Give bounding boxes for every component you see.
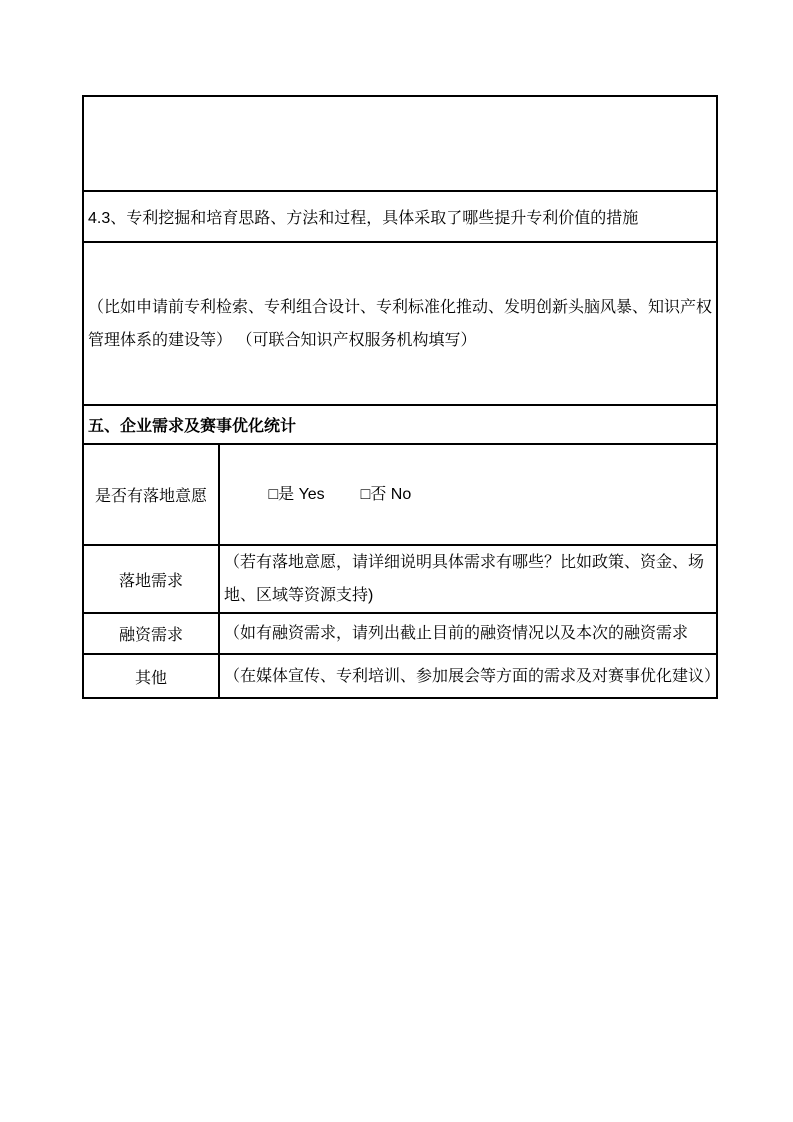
empty-answer-cell[interactable] xyxy=(83,96,717,191)
checkbox-option-yes[interactable]: □是 Yes xyxy=(268,478,324,511)
table-row-landing-needs: 落地需求 （若有落地意愿，请详细说明具体需求有哪些？比如政策、资金、场 地、区域… xyxy=(83,545,717,613)
table-row-other-needs: 其他 （在媒体宣传、专利培训、参加展会等方面的需求及对赛事优化建议） xyxy=(83,654,717,698)
row-label-other: 其他 xyxy=(83,654,219,698)
other-needs-answer-cell[interactable]: （在媒体宣传、专利培训、参加展会等方面的需求及对赛事优化建议） xyxy=(219,654,717,698)
question-4-3: 4.3、专利挖掘和培育思路、方法和过程，具体采取了哪些提升专利价值的措施 xyxy=(83,191,717,242)
table-row-financing-needs: 融资需求 （如有融资需求，请列出截止目前的融资情况以及本次的融资需求 xyxy=(83,613,717,654)
row-label-landing-intent: 是否有落地意愿 xyxy=(83,444,219,545)
landing-intent-options-cell: □是 Yes□否 No xyxy=(219,444,717,545)
document-page: 4.3、专利挖掘和培育思路、方法和过程，具体采取了哪些提升专利价值的措施 （比如… xyxy=(0,0,793,1122)
table-row-landing-intent: 是否有落地意愿 □是 Yes□否 No xyxy=(83,444,717,545)
table-row: 五、企业需求及赛事优化统计 xyxy=(83,405,717,444)
patent-form-table: 4.3、专利挖掘和培育思路、方法和过程，具体采取了哪些提升专利价值的措施 （比如… xyxy=(82,95,718,699)
row-label-financing-needs: 融资需求 xyxy=(83,613,219,654)
section-5-title: 五、企业需求及赛事优化统计 xyxy=(83,405,717,444)
table-row xyxy=(83,96,717,191)
financing-needs-answer-cell[interactable]: （如有融资需求，请列出截止目前的融资情况以及本次的融资需求 xyxy=(219,613,717,654)
table-row: （比如申请前专利检索、专利组合设计、专利标准化推动、发明创新头脑风暴、知识产权 … xyxy=(83,242,717,405)
row-label-landing-needs: 落地需求 xyxy=(83,545,219,613)
hint-4-3-answer-cell[interactable]: （比如申请前专利检索、专利组合设计、专利标准化推动、发明创新头脑风暴、知识产权 … xyxy=(83,242,717,405)
checkbox-option-no[interactable]: □否 No xyxy=(361,478,412,511)
landing-needs-answer-cell[interactable]: （若有落地意愿，请详细说明具体需求有哪些？比如政策、资金、场 地、区域等资源支持… xyxy=(219,545,717,613)
table-row: 4.3、专利挖掘和培育思路、方法和过程，具体采取了哪些提升专利价值的措施 xyxy=(83,191,717,242)
